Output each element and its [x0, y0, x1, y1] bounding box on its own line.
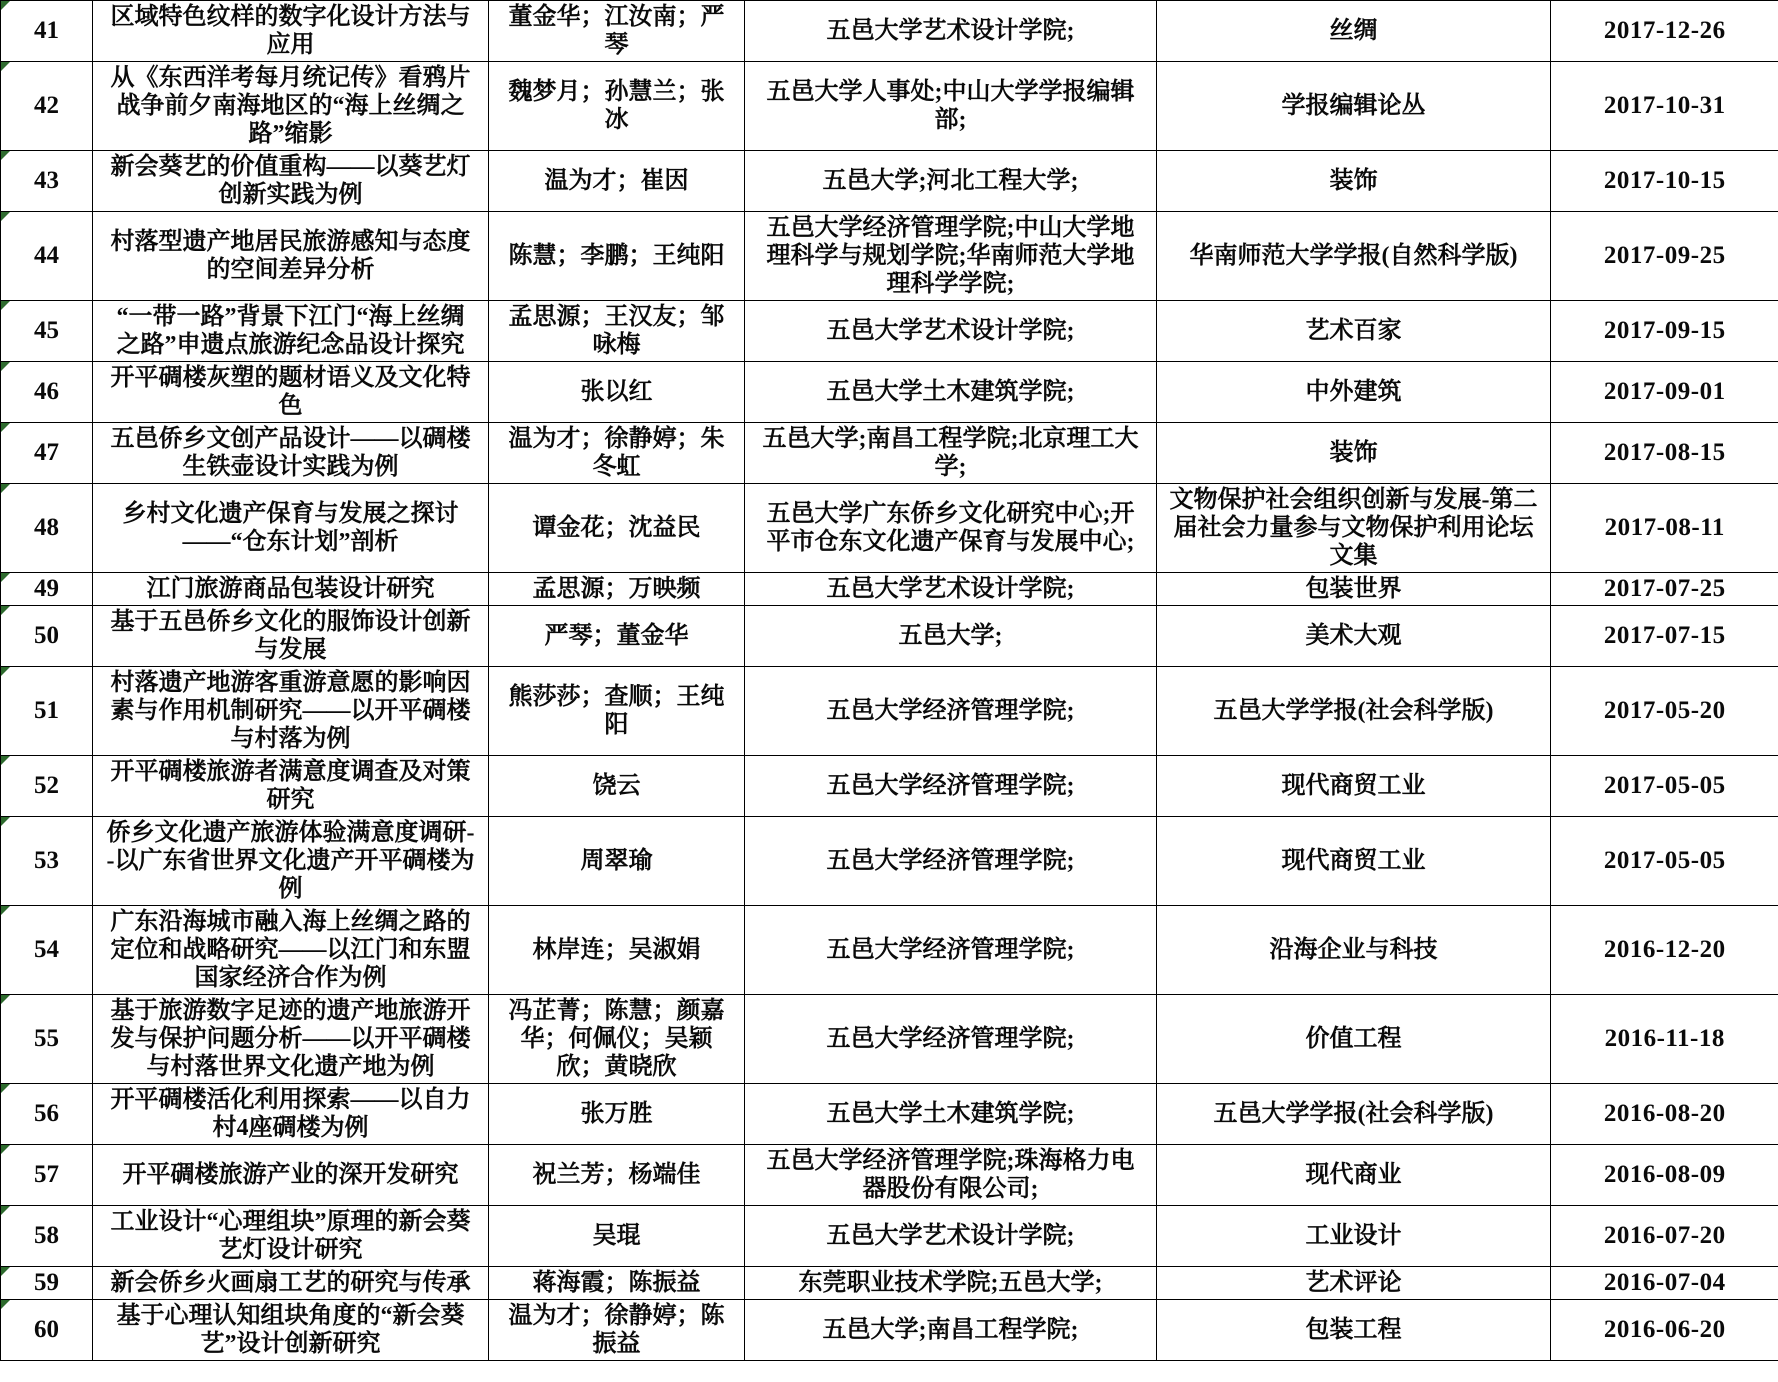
authors-cell[interactable]: 严琴；董金华 — [489, 606, 745, 667]
institution-cell[interactable]: 五邑大学经济管理学院;珠海格力电器股份有限公司; — [745, 1145, 1157, 1206]
date-cell[interactable]: 2017-08-11 — [1551, 484, 1778, 573]
institution-cell[interactable]: 五邑大学经济管理学院; — [745, 995, 1157, 1084]
cell-corner-marker-icon — [1, 212, 10, 221]
journal-cell[interactable]: 五邑大学学报(社会科学版) — [1157, 667, 1551, 756]
institution-cell[interactable]: 五邑大学艺术设计学院; — [745, 301, 1157, 362]
row-number-cell[interactable]: 51 — [1, 667, 93, 756]
date-cell[interactable]: 2017-05-20 — [1551, 667, 1778, 756]
date-cell[interactable]: 2017-09-01 — [1551, 362, 1778, 423]
institution-cell[interactable]: 五邑大学人事处;中山大学学报编辑部; — [745, 62, 1157, 151]
authors-cell[interactable]: 温为才；崔因 — [489, 151, 745, 212]
row-number: 54 — [34, 936, 59, 963]
date-cell[interactable]: 2016-12-20 — [1551, 906, 1778, 995]
publications-table-body: 41 区域特色纹样的数字化设计方法与应用 董金华；江汝南；严琴 五邑大学艺术设计… — [1, 1, 1778, 1361]
title-cell[interactable]: 开平碉楼灰塑的题材语义及文化特色 — [93, 362, 489, 423]
cell-corner-marker-icon — [1, 1145, 10, 1154]
row-number-cell[interactable]: 50 — [1, 606, 93, 667]
authors-cell[interactable]: 谭金花；沈益民 — [489, 484, 745, 573]
table-row: 42 从《东西洋考每月统记传》看鸦片战争前夕南海地区的“海上丝绸之路”缩影 魏梦… — [1, 62, 1778, 151]
title-cell[interactable]: 广东沿海城市融入海上丝绸之路的定位和战略研究——以江门和东盟国家经济合作为例 — [93, 906, 489, 995]
institution-cell[interactable]: 五邑大学艺术设计学院; — [745, 1206, 1157, 1267]
title-cell[interactable]: “一带一路”背景下江门“海上丝绸之路”申遗点旅游纪念品设计探究 — [93, 301, 489, 362]
date-cell[interactable]: 2017-09-15 — [1551, 301, 1778, 362]
journal-cell[interactable]: 文物保护社会组织创新与发展-第二届社会力量参与文物保护利用论坛文集 — [1157, 484, 1551, 573]
row-number: 50 — [34, 622, 59, 649]
cell-corner-marker-icon — [1, 301, 10, 310]
row-number: 42 — [34, 92, 59, 119]
institution-cell[interactable]: 五邑大学艺术设计学院; — [745, 573, 1157, 606]
row-number-cell[interactable]: 47 — [1, 423, 93, 484]
row-number-cell[interactable]: 49 — [1, 573, 93, 606]
date-cell[interactable]: 2017-05-05 — [1551, 817, 1778, 906]
title-cell[interactable]: 五邑侨乡文创产品设计——以碉楼生铁壶设计实践为例 — [93, 423, 489, 484]
title-cell[interactable]: 江门旅游商品包装设计研究 — [93, 573, 489, 606]
row-number-cell[interactable]: 43 — [1, 151, 93, 212]
authors-cell[interactable]: 熊莎莎；查顺；王纯阳 — [489, 667, 745, 756]
row-number-cell[interactable]: 45 — [1, 301, 93, 362]
date-cell[interactable]: 2016-06-20 — [1551, 1300, 1778, 1361]
row-number: 57 — [34, 1161, 59, 1188]
row-number: 52 — [34, 772, 59, 799]
row-number-cell[interactable]: 41 — [1, 1, 93, 62]
authors-cell[interactable]: 张以红 — [489, 362, 745, 423]
date-cell[interactable]: 2017-05-05 — [1551, 756, 1778, 817]
row-number: 58 — [34, 1222, 59, 1249]
table-row: 58 工业设计“心理组块”原理的新会葵艺灯设计研究 吴琨 五邑大学艺术设计学院;… — [1, 1206, 1778, 1267]
title-cell[interactable]: 工业设计“心理组块”原理的新会葵艺灯设计研究 — [93, 1206, 489, 1267]
row-number-cell[interactable]: 56 — [1, 1084, 93, 1145]
row-number: 43 — [34, 167, 59, 194]
authors-cell[interactable]: 冯芷菁；陈慧；颜嘉华；何佩仪；吴颖欣；黄晓欣 — [489, 995, 745, 1084]
journal-cell[interactable]: 艺术百家 — [1157, 301, 1551, 362]
authors-cell[interactable]: 蒋海霞；陈振益 — [489, 1267, 745, 1300]
date-cell[interactable]: 2017-10-15 — [1551, 151, 1778, 212]
cell-corner-marker-icon — [1, 1, 10, 10]
row-number: 59 — [34, 1269, 59, 1296]
date-cell[interactable]: 2016-08-20 — [1551, 1084, 1778, 1145]
institution-cell[interactable]: 东莞职业技术学院;五邑大学; — [745, 1267, 1157, 1300]
institution-cell[interactable]: 五邑大学经济管理学院; — [745, 817, 1157, 906]
title-cell[interactable]: 开平碉楼旅游产业的深开发研究 — [93, 1145, 489, 1206]
cell-corner-marker-icon — [1, 62, 10, 71]
table-row: 47 五邑侨乡文创产品设计——以碉楼生铁壶设计实践为例 温为才；徐静婷；朱冬虹 … — [1, 423, 1778, 484]
table-row: 53 侨乡文化遗产旅游体验满意度调研--以广东省世界文化遗产开平碉楼为例 周翠瑜… — [1, 817, 1778, 906]
journal-cell[interactable]: 包装工程 — [1157, 1300, 1551, 1361]
authors-cell[interactable]: 林岸连；吴淑娟 — [489, 906, 745, 995]
date-cell[interactable]: 2017-07-15 — [1551, 606, 1778, 667]
authors-cell[interactable]: 陈慧；李鹏；王纯阳 — [489, 212, 745, 301]
authors-cell[interactable]: 祝兰芳；杨端佳 — [489, 1145, 745, 1206]
cell-corner-marker-icon — [1, 362, 10, 371]
row-number-cell[interactable]: 58 — [1, 1206, 93, 1267]
table-row: 55 基于旅游数字足迹的遗产地旅游开发与保护问题分析——以开平碉楼与村落世界文化… — [1, 995, 1778, 1084]
table-row: 51 村落遗产地游客重游意愿的影响因素与作用机制研究——以开平碉楼与村落为例 熊… — [1, 667, 1778, 756]
table-row: 54 广东沿海城市融入海上丝绸之路的定位和战略研究——以江门和东盟国家经济合作为… — [1, 906, 1778, 995]
row-number: 53 — [34, 847, 59, 874]
date-cell[interactable]: 2016-07-20 — [1551, 1206, 1778, 1267]
journal-cell[interactable]: 价值工程 — [1157, 995, 1551, 1084]
journal-cell[interactable]: 现代商贸工业 — [1157, 817, 1551, 906]
cell-corner-marker-icon — [1, 756, 10, 765]
title-cell[interactable]: 开平碉楼活化利用探索——以自力村4座碉楼为例 — [93, 1084, 489, 1145]
date-cell[interactable]: 2017-09-25 — [1551, 212, 1778, 301]
journal-cell[interactable]: 华南师范大学学报(自然科学版) — [1157, 212, 1551, 301]
authors-cell[interactable]: 魏梦月；孙慧兰；张冰 — [489, 62, 745, 151]
title-cell[interactable]: 区域特色纹样的数字化设计方法与应用 — [93, 1, 489, 62]
institution-cell[interactable]: 五邑大学经济管理学院; — [745, 756, 1157, 817]
authors-cell[interactable]: 饶云 — [489, 756, 745, 817]
cell-corner-marker-icon — [1, 906, 10, 915]
authors-cell[interactable]: 温为才；徐静婷；陈振益 — [489, 1300, 745, 1361]
row-number-cell[interactable]: 42 — [1, 62, 93, 151]
title-cell[interactable]: 基于旅游数字足迹的遗产地旅游开发与保护问题分析——以开平碉楼与村落世界文化遗产地… — [93, 995, 489, 1084]
table-row: 52 开平碉楼旅游者满意度调查及对策研究 饶云 五邑大学经济管理学院; 现代商贸… — [1, 756, 1778, 817]
title-cell[interactable]: 侨乡文化遗产旅游体验满意度调研--以广东省世界文化遗产开平碉楼为例 — [93, 817, 489, 906]
row-number-cell[interactable]: 46 — [1, 362, 93, 423]
cell-corner-marker-icon — [1, 423, 10, 432]
authors-cell[interactable]: 孟思源；王汉友；邹咏梅 — [489, 301, 745, 362]
institution-cell[interactable]: 五邑大学;河北工程大学; — [745, 151, 1157, 212]
institution-cell[interactable]: 五邑大学广东侨乡文化研究中心;开平市仓东文化遗产保育与发展中心; — [745, 484, 1157, 573]
authors-cell[interactable]: 周翠瑜 — [489, 817, 745, 906]
row-number: 47 — [34, 439, 59, 466]
cell-corner-marker-icon — [1, 573, 10, 582]
table-row: 59 新会侨乡火画扇工艺的研究与传承 蒋海霞；陈振益 东莞职业技术学院;五邑大学… — [1, 1267, 1778, 1300]
journal-cell[interactable]: 美术大观 — [1157, 606, 1551, 667]
journal-cell[interactable]: 五邑大学学报(社会科学版) — [1157, 1084, 1551, 1145]
journal-cell[interactable]: 装饰 — [1157, 423, 1551, 484]
row-number-cell[interactable]: 60 — [1, 1300, 93, 1361]
institution-cell[interactable]: 五邑大学; — [745, 606, 1157, 667]
row-number-cell[interactable]: 44 — [1, 212, 93, 301]
row-number: 55 — [34, 1025, 59, 1052]
date-cell[interactable]: 2017-10-31 — [1551, 62, 1778, 151]
journal-cell[interactable]: 现代商贸工业 — [1157, 756, 1551, 817]
table-row: 43 新会葵艺的价值重构——以葵艺灯创新实践为例 温为才；崔因 五邑大学;河北工… — [1, 151, 1778, 212]
cell-corner-marker-icon — [1, 1267, 10, 1276]
row-number-cell[interactable]: 55 — [1, 995, 93, 1084]
cell-corner-marker-icon — [1, 1206, 10, 1215]
institution-cell[interactable]: 五邑大学经济管理学院; — [745, 667, 1157, 756]
title-cell[interactable]: 基于五邑侨乡文化的服饰设计创新与发展 — [93, 606, 489, 667]
title-cell[interactable]: 村落遗产地游客重游意愿的影响因素与作用机制研究——以开平碉楼与村落为例 — [93, 667, 489, 756]
title-cell[interactable]: 从《东西洋考每月统记传》看鸦片战争前夕南海地区的“海上丝绸之路”缩影 — [93, 62, 489, 151]
date-cell[interactable]: 2017-12-26 — [1551, 1, 1778, 62]
date-cell[interactable]: 2016-11-18 — [1551, 995, 1778, 1084]
institution-cell[interactable]: 五邑大学;南昌工程学院;北京理工大学; — [745, 423, 1157, 484]
table-row: 44 村落型遗产地居民旅游感知与态度的空间差异分析 陈慧；李鹏；王纯阳 五邑大学… — [1, 212, 1778, 301]
row-number: 51 — [34, 697, 59, 724]
table-row: 57 开平碉楼旅游产业的深开发研究 祝兰芳；杨端佳 五邑大学经济管理学院;珠海格… — [1, 1145, 1778, 1206]
table-row: 56 开平碉楼活化利用探索——以自力村4座碉楼为例 张万胜 五邑大学土木建筑学院… — [1, 1084, 1778, 1145]
authors-cell[interactable]: 吴琨 — [489, 1206, 745, 1267]
cell-corner-marker-icon — [1, 606, 10, 615]
cell-corner-marker-icon — [1, 484, 10, 493]
row-number-cell[interactable]: 53 — [1, 817, 93, 906]
authors-cell[interactable]: 董金华；江汝南；严琴 — [489, 1, 745, 62]
cell-corner-marker-icon — [1, 817, 10, 826]
institution-cell[interactable]: 五邑大学经济管理学院; — [745, 906, 1157, 995]
journal-cell[interactable]: 沿海企业与科技 — [1157, 906, 1551, 995]
institution-cell[interactable]: 五邑大学;南昌工程学院; — [745, 1300, 1157, 1361]
table-row: 46 开平碉楼灰塑的题材语义及文化特色 张以红 五邑大学土木建筑学院; 中外建筑… — [1, 362, 1778, 423]
table-row: 49 江门旅游商品包装设计研究 孟思源；万映频 五邑大学艺术设计学院; 包装世界… — [1, 573, 1778, 606]
journal-cell[interactable]: 丝绸 — [1157, 1, 1551, 62]
institution-cell[interactable]: 五邑大学土木建筑学院; — [745, 362, 1157, 423]
table-row: 48 乡村文化遗产保育与发展之探讨——“仓东计划”剖析 谭金花；沈益民 五邑大学… — [1, 484, 1778, 573]
row-number: 41 — [34, 17, 59, 44]
row-number-cell[interactable]: 59 — [1, 1267, 93, 1300]
title-cell[interactable]: 基于心理认知组块角度的“新会葵艺”设计创新研究 — [93, 1300, 489, 1361]
table-row: 60 基于心理认知组块角度的“新会葵艺”设计创新研究 温为才；徐静婷；陈振益 五… — [1, 1300, 1778, 1361]
title-cell[interactable]: 开平碉楼旅游者满意度调查及对策研究 — [93, 756, 489, 817]
table-row: 50 基于五邑侨乡文化的服饰设计创新与发展 严琴；董金华 五邑大学; 美术大观 … — [1, 606, 1778, 667]
row-number: 49 — [34, 575, 59, 602]
date-cell[interactable]: 2016-08-09 — [1551, 1145, 1778, 1206]
journal-cell[interactable]: 工业设计 — [1157, 1206, 1551, 1267]
journal-cell[interactable]: 装饰 — [1157, 151, 1551, 212]
journal-cell[interactable]: 现代商业 — [1157, 1145, 1551, 1206]
cell-corner-marker-icon — [1, 151, 10, 160]
row-number-cell[interactable]: 54 — [1, 906, 93, 995]
institution-cell[interactable]: 五邑大学经济管理学院;中山大学地理科学与规划学院;华南师范大学地理科学学院; — [745, 212, 1157, 301]
title-cell[interactable]: 村落型遗产地居民旅游感知与态度的空间差异分析 — [93, 212, 489, 301]
cell-corner-marker-icon — [1, 995, 10, 1004]
publications-table: 41 区域特色纹样的数字化设计方法与应用 董金华；江汝南；严琴 五邑大学艺术设计… — [0, 0, 1778, 1361]
row-number: 45 — [34, 317, 59, 344]
authors-cell[interactable]: 孟思源；万映频 — [489, 573, 745, 606]
authors-cell[interactable]: 张万胜 — [489, 1084, 745, 1145]
journal-cell[interactable]: 学报编辑论丛 — [1157, 62, 1551, 151]
row-number: 56 — [34, 1100, 59, 1127]
spreadsheet-view: 41 区域特色纹样的数字化设计方法与应用 董金华；江汝南；严琴 五邑大学艺术设计… — [0, 0, 1778, 1361]
title-cell[interactable]: 乡村文化遗产保育与发展之探讨——“仓东计划”剖析 — [93, 484, 489, 573]
institution-cell[interactable]: 五邑大学土木建筑学院; — [745, 1084, 1157, 1145]
row-number-cell[interactable]: 52 — [1, 756, 93, 817]
table-row: 45 “一带一路”背景下江门“海上丝绸之路”申遗点旅游纪念品设计探究 孟思源；王… — [1, 301, 1778, 362]
row-number: 48 — [34, 514, 59, 541]
date-cell[interactable]: 2017-07-25 — [1551, 573, 1778, 606]
cell-corner-marker-icon — [1, 1084, 10, 1093]
title-cell[interactable]: 新会侨乡火画扇工艺的研究与传承 — [93, 1267, 489, 1300]
journal-cell[interactable]: 中外建筑 — [1157, 362, 1551, 423]
row-number: 44 — [34, 242, 59, 269]
journal-cell[interactable]: 艺术评论 — [1157, 1267, 1551, 1300]
date-cell[interactable]: 2016-07-04 — [1551, 1267, 1778, 1300]
table-row: 41 区域特色纹样的数字化设计方法与应用 董金华；江汝南；严琴 五邑大学艺术设计… — [1, 1, 1778, 62]
journal-cell[interactable]: 包装世界 — [1157, 573, 1551, 606]
institution-cell[interactable]: 五邑大学艺术设计学院; — [745, 1, 1157, 62]
cell-corner-marker-icon — [1, 1300, 10, 1309]
row-number-cell[interactable]: 48 — [1, 484, 93, 573]
date-cell[interactable]: 2017-08-15 — [1551, 423, 1778, 484]
authors-cell[interactable]: 温为才；徐静婷；朱冬虹 — [489, 423, 745, 484]
row-number: 60 — [34, 1316, 59, 1343]
cell-corner-marker-icon — [1, 667, 10, 676]
row-number: 46 — [34, 378, 59, 405]
row-number-cell[interactable]: 57 — [1, 1145, 93, 1206]
title-cell[interactable]: 新会葵艺的价值重构——以葵艺灯创新实践为例 — [93, 151, 489, 212]
